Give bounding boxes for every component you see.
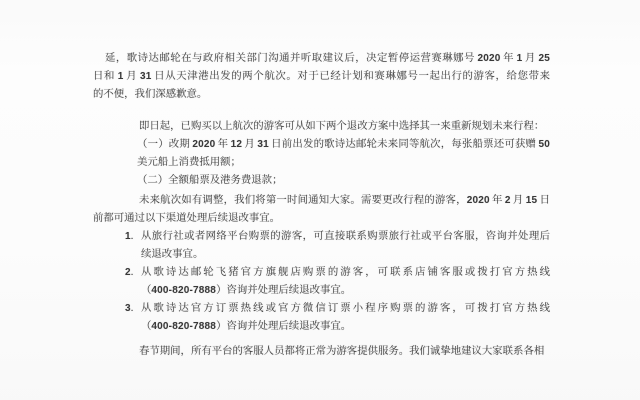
paragraph: 即日起，已购买以上航次的游客可从如下两个退改方案中选择其一来重新规划未来行程： — [93, 118, 550, 136]
list-item: 1.从旅行社或者网络平台购票的游客，可直接联系购票旅行社或平台客服，咨询并处理后… — [141, 228, 550, 264]
numeric-text: 2020 — [478, 53, 501, 64]
paragraph: 春节期间，所有平台的客服人员都将正常为游客提供服务。我们诚挚地建议大家联系各相 — [93, 343, 550, 361]
text-line: （一）改期 2020 年 12 月 31 日前出发的歌诗达邮轮未来同等航次，每张… — [137, 136, 550, 154]
text-line: 的不便，我们深感歉意。 — [93, 86, 550, 104]
text-line: 从歌诗达官方订票热线或官方微信订票小程序购票的游客，可拨打官方热线 — [141, 300, 550, 318]
numeric-text: 400-820-7888 — [151, 285, 216, 296]
numeric-text: 3 — [125, 303, 131, 314]
numeric-text: 15 — [526, 195, 538, 206]
text-line: 日和 1 月 31 日从天津港出发的两个航次。对于已经计划和赛琳娜号一起出行的游… — [93, 68, 550, 86]
numeric-text: 1 — [517, 53, 523, 64]
text-line: 延，歌诗达邮轮在与政府相关部门沟通并听取建议后，决定暂停运营赛琳娜号 2020 … — [93, 50, 550, 68]
numeric-text: 31 — [140, 71, 152, 82]
text-line: 即日起，已购买以上航次的游客可从如下两个退改方案中选择其一来重新规划未来行程： — [93, 118, 550, 136]
numeric-text: 31 — [257, 139, 269, 150]
notice-document: 延，歌诗达邮轮在与政府相关部门沟通并听取建议后，决定暂停运营赛琳娜号 2020 … — [93, 50, 550, 361]
text-line: 从旅行社或者网络平台购票的游客，可直接联系购票旅行社或平台客服，咨询并处理后 — [141, 228, 550, 246]
text-line: 前都可通过以下渠道处理后续退改事宜。 — [93, 210, 550, 228]
numeric-text: 1 — [118, 71, 124, 82]
numeric-text: 1 — [125, 231, 131, 242]
text-line: 美元船上消费抵用额； — [137, 154, 550, 172]
list-marker: 3. — [125, 300, 141, 318]
numeric-text: 2 — [505, 195, 511, 206]
numeric-text: 2020 — [467, 195, 490, 206]
list-marker: 1. — [125, 228, 141, 246]
numeric-text: 2 — [125, 267, 131, 278]
sub-item: （一）改期 2020 年 12 月 31 日前出发的歌诗达邮轮未来同等航次，每张… — [137, 136, 550, 172]
numeric-text: 2020 — [192, 139, 215, 150]
text-line: 未来航次如有调整，我们将第一时间通知大家。需要更改行程的游客，2020 年 2 … — [93, 192, 550, 210]
numeric-text: 12 — [231, 139, 243, 150]
numeric-text: 25 — [538, 53, 550, 64]
list-marker: 2. — [125, 264, 141, 282]
sub-item: （二）全额船票及港务费退款； — [137, 172, 550, 190]
numeric-text: 50 — [538, 139, 550, 150]
paragraph: 未来航次如有调整，我们将第一时间通知大家。需要更改行程的游客，2020 年 2 … — [93, 192, 550, 228]
text-line: 从歌诗达邮轮飞猪官方旗舰店购票的游客，可联系店铺客服或拨打官方热线 — [141, 264, 550, 282]
text-line: 春节期间，所有平台的客服人员都将正常为游客提供服务。我们诚挚地建议大家联系各相 — [93, 343, 550, 361]
list-item: 3.从歌诗达官方订票热线或官方微信订票小程序购票的游客，可拨打官方热线（400-… — [141, 300, 550, 336]
text-line: 续退改事宜。 — [141, 246, 550, 264]
list-item: 2.从歌诗达邮轮飞猪官方旗舰店购票的游客，可联系店铺客服或拨打官方热线（400-… — [141, 264, 550, 300]
numeric-text: 400-820-7888 — [151, 321, 216, 332]
text-line: （二）全额船票及港务费退款； — [137, 172, 550, 190]
paragraph-continuation: 延，歌诗达邮轮在与政府相关部门沟通并听取建议后，决定暂停运营赛琳娜号 2020 … — [93, 50, 550, 104]
text-line: （400-820-7888）咨询并处理后续退改事宜。 — [141, 282, 550, 300]
text-line: （400-820-7888）咨询并处理后续退改事宜。 — [141, 318, 550, 336]
